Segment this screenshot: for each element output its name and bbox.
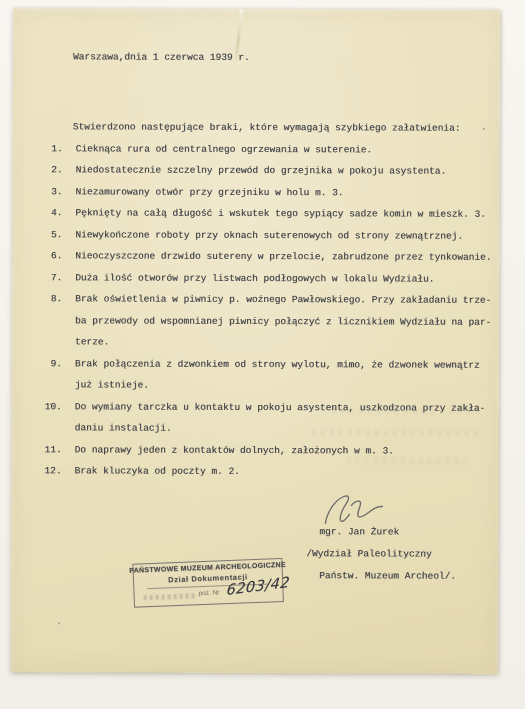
paper-speck	[58, 622, 60, 624]
paper-sheet: Warszawa,dnia 1 czerwca 1939 r. Stwierdz…	[11, 8, 500, 674]
item-number: 5.	[12, 224, 62, 246]
list-item: 2. Niedostatecznie szczelny przewód do g…	[13, 159, 500, 182]
stamp-number-label: poz. Nr	[198, 589, 219, 597]
stamp-illegible-text	[144, 593, 196, 600]
item-number: 12.	[12, 460, 62, 482]
signature-dept-line2: Państw. Muzeum Archeol/.	[306, 565, 456, 587]
date-line: Warszawa,dnia 1 czerwca 1939 r.	[73, 46, 250, 68]
item-number: 9.	[12, 353, 62, 396]
item-text: Nieoczyszczone drzwido sutereny w przelo…	[75, 245, 491, 268]
paper-speck	[50, 403, 52, 405]
item-text: Niezamurowany otwór przy grzejniku w hol…	[75, 181, 343, 203]
list-item: 4. Pęknięty na całą długość i wskutek te…	[12, 202, 499, 225]
item-text: Pęknięty na całą długość i wskutek tego …	[75, 202, 486, 225]
item-text: Niedostatecznie szczelny przewód do grze…	[76, 159, 447, 182]
bleed-through-smudge	[347, 457, 467, 464]
list-item: 8. Brak oświetlenia w piwnicy p. woźnego…	[12, 288, 499, 354]
list-item: 6. Nieoczyszczone drzwido sutereny w prz…	[12, 245, 499, 268]
letter-body: Stwierdzono następujące braki, które wym…	[12, 116, 500, 483]
item-text: Duża ilość otworów przy listwach podłogo…	[75, 267, 434, 290]
item-text: Brak oświetlenia w piwnicy p. woźnego Pa…	[75, 288, 491, 354]
signature-name: mgr. Jan Żurek	[306, 521, 456, 543]
list-item: 1. Cieknąca rura od centralnego ogrzewan…	[13, 138, 500, 161]
item-number: 1.	[13, 138, 63, 160]
item-number: 10.	[12, 396, 62, 439]
signature-block: mgr. Jan Żurek /Wydział Paleolityczny Pa…	[306, 521, 456, 587]
item-number: 8.	[12, 288, 62, 353]
item-number: 4.	[12, 202, 62, 224]
scanned-letter-view: { "document": { "date_line": "Warszawa,d…	[0, 0, 525, 709]
item-text: Niewykończone roboty przy oknach suteren…	[75, 224, 463, 247]
list-item: 7. Duża ilość otworów przy listwach podł…	[12, 267, 499, 290]
archive-stamp: PAŃSTWOWE MUZEUM ARCHEOLOGICZNE Dział Do…	[132, 558, 284, 608]
item-text: Brak kluczyka od poczty m. 2.	[75, 460, 240, 482]
list-item: 9. Brak połączenia z dzwonkiem od strony…	[12, 353, 499, 398]
list-item: 5. Niewykończone roboty przy oknach sute…	[12, 224, 499, 247]
bleed-through-smudge	[332, 407, 482, 415]
signature-dept-line1: /Wydział Paleolityczny	[306, 543, 456, 565]
item-number: 6.	[12, 245, 62, 267]
list-item: 3. Niezamurowany otwór przy grzejniku w …	[12, 181, 499, 204]
intro-line: Stwierdzono następujące braki, które wym…	[13, 116, 500, 139]
bleed-through-smudge	[312, 429, 482, 437]
item-text: Brak połączenia z dzwonkiem od strony wy…	[75, 353, 480, 397]
item-number: 7.	[12, 267, 62, 289]
paper-speck	[483, 128, 485, 130]
item-number: 2.	[13, 159, 63, 181]
item-number: 3.	[12, 181, 62, 203]
item-number: 11.	[12, 439, 62, 461]
item-text: Cieknąca rura od centralnego ogrzewania …	[76, 138, 373, 161]
